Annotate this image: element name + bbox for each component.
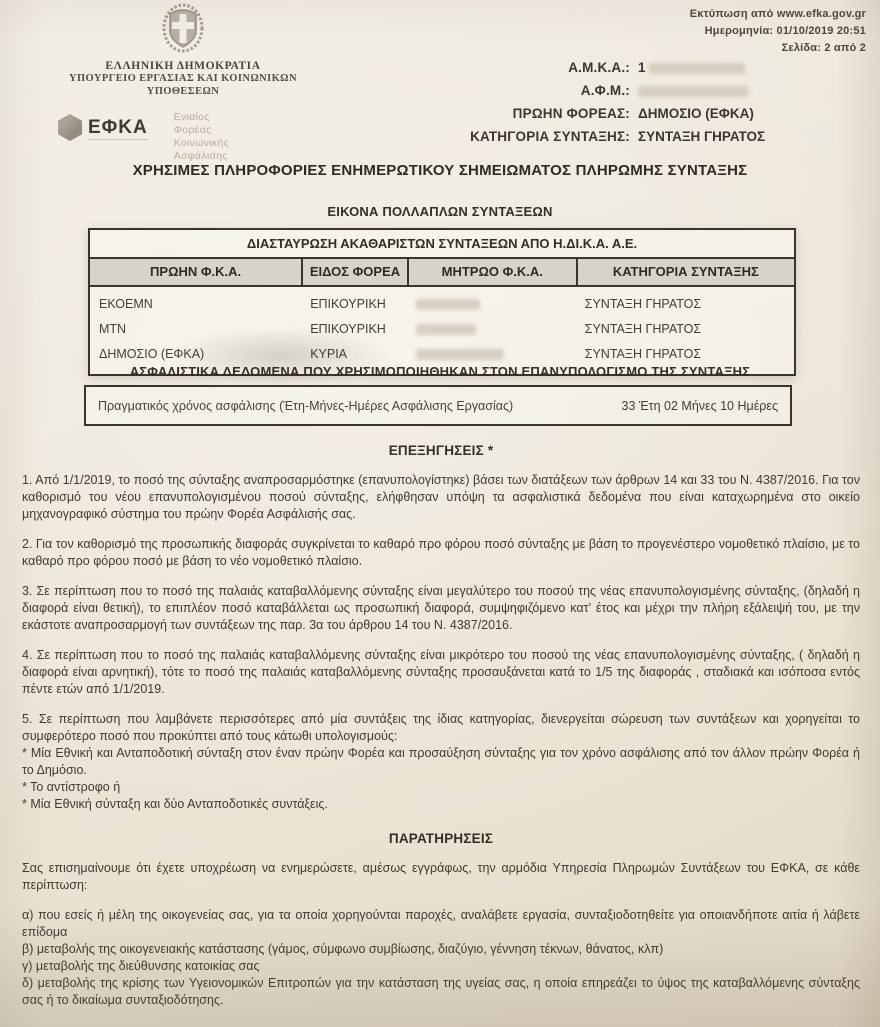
observation-item-c: γ) μεταβολής της διεύθυνσης κατοικίας σα… bbox=[22, 958, 860, 975]
insurance-time-label: Πραγματικός χρόνος ασφάλισης (Έτη-Μήνες-… bbox=[98, 399, 513, 413]
explanation-paragraph-2: 2. Για τον καθορισμό της προσωπικής διαφ… bbox=[22, 536, 860, 570]
government-header: ΕΛΛΗΝΙΚΗ ΔΗΜΟΚΡΑΤΙΑ ΥΠΟΥΡΓΕΙΟ ΕΡΓΑΣΙΑΣ Κ… bbox=[38, 2, 328, 163]
column-header: ΕΙΔΟΣ ΦΟΡΕΑ bbox=[301, 259, 407, 285]
column-header: ΜΗΤΡΩΟ Φ.Κ.Α. bbox=[407, 259, 576, 285]
table-title: ΔΙΑΣΤΑΥΡΩΣΗ ΑΚΑΘΑΡΙΣΤΩΝ ΣΥΝΤΑΞΕΩΝ ΑΠΟ Η.… bbox=[90, 230, 794, 259]
pension-cross-check-table: ΔΙΑΣΤΑΥΡΩΣΗ ΑΚΑΘΑΡΙΣΤΩΝ ΣΥΝΤΑΞΕΩΝ ΑΠΟ Η.… bbox=[88, 228, 796, 376]
efka-sub-line: Κοινωνικής bbox=[174, 137, 229, 150]
greek-coat-of-arms-icon bbox=[157, 2, 209, 54]
redacted-value bbox=[638, 86, 748, 97]
efka-logo-subtitle: Ενιαίος Φορέας Κοινωνικής Ασφάλισης bbox=[174, 111, 229, 163]
former-carrier-label: ΠΡΩΗΝ ΦΟΡΕΑΣ: bbox=[326, 106, 630, 121]
cell-registry bbox=[407, 297, 576, 311]
page-title: ΧΡΗΣΙΜΕΣ ΠΛΗΡΟΦΟΡΙΕΣ ΕΝΗΜΕΡΩΤΙΚΟΥ ΣΗΜΕΙΩ… bbox=[0, 162, 880, 179]
explanation-bullet-1: * Μία Εθνική και Ανταποδοτική σύνταξη στ… bbox=[22, 745, 860, 779]
efka-sub-line: Φορέας bbox=[174, 124, 229, 137]
cell-former-fka: ΕΚΟΕΜΝ bbox=[90, 297, 301, 311]
insurance-data-box: Πραγματικός χρόνος ασφάλισης (Έτη-Μήνες-… bbox=[84, 385, 792, 426]
pension-category-label: ΚΑΤΗΓΟΡΙΑ ΣΥΝΤΑΞΗΣ: bbox=[326, 129, 630, 144]
table-row: ΜΤΝ ΕΠΙΚΟΥΡΙΚΗ ΣΥΝΤΑΞΗ ΓΗΡΑΤΟΣ bbox=[90, 316, 794, 341]
print-source: Εκτύπωση από www.efka.gov.gr bbox=[690, 6, 866, 23]
redacted-value bbox=[416, 324, 476, 335]
cell-category: ΣΥΝΤΑΞΗ ΓΗΡΑΤΟΣ bbox=[576, 322, 794, 336]
observation-item-a: α) που εσείς ή μέλη της οικογενείας σας,… bbox=[22, 907, 860, 941]
cell-former-fka: ΔΗΜΟΣΙΟ (ΕΦΚΑ) bbox=[90, 347, 301, 361]
print-date: Ημερομηνία: 01/10/2019 20:51 bbox=[690, 23, 866, 40]
insurance-data-heading: ΑΣΦΑΛΙΣΤΙΚΑ ΔΕΔΟΜΕΝΑ ΠΟΥ ΧΡΗΣΙΜΟΠΟΙΗΘΗΚΑ… bbox=[0, 364, 880, 379]
observations-heading: ΠΑΡΑΤΗΡΗΣΕΙΣ bbox=[22, 830, 860, 847]
amka-row: Α.Μ.Κ.Α.: 1 bbox=[326, 56, 866, 79]
explanation-bullet-3: * Μία Εθνική σύνταξη και δύο Ανταποδοτικ… bbox=[22, 796, 860, 813]
explanation-bullet-2: * Το αντίστροφο ή bbox=[22, 779, 860, 796]
cell-former-fka: ΜΤΝ bbox=[90, 322, 301, 336]
recipient-info: Α.Μ.Κ.Α.: 1 Α.Φ.Μ.: ΠΡΩΗΝ ΦΟΡΕΑΣ: ΔΗΜΟΣΙ… bbox=[326, 56, 866, 148]
efka-logo-text: ΕΦΚΑ bbox=[88, 117, 148, 140]
document-page: Εκτύπωση από www.efka.gov.gr Ημερομηνία:… bbox=[0, 0, 880, 1027]
explanation-paragraph-1: 1. Από 1/1/2019, το ποσό της σύνταξης αν… bbox=[22, 472, 860, 523]
amka-label: Α.Μ.Κ.Α.: bbox=[326, 60, 630, 75]
efka-hexagon-icon bbox=[58, 114, 82, 141]
pension-category-row: ΚΑΤΗΓΟΡΙΑ ΣΥΝΤΑΞΗΣ: ΣΥΝΤΑΞΗ ΓΗΡΑΤΟΣ bbox=[326, 125, 866, 148]
cell-carrier-type: ΕΠΙΚΟΥΡΙΚΗ bbox=[301, 322, 407, 336]
pension-category-value: ΣΥΝΤΑΞΗ ΓΗΡΑΤΟΣ bbox=[638, 129, 866, 144]
ministry-line-1: ΥΠΟΥΡΓΕΙΟ ΕΡΓΑΣΙΑΣ ΚΑΙ ΚΟΙΝΩΝΙΚΩΝ bbox=[38, 72, 328, 85]
former-carrier-value: ΔΗΜΟΣΙΟ (ΕΦΚΑ) bbox=[638, 106, 866, 121]
cell-carrier-type: ΕΠΙΚΟΥΡΙΚΗ bbox=[301, 297, 407, 311]
cell-registry bbox=[407, 347, 576, 361]
afm-row: Α.Φ.Μ.: bbox=[326, 79, 866, 102]
insurance-time-value: 33 Έτη 02 Μήνες 10 Ημέρες bbox=[622, 399, 779, 413]
print-info: Εκτύπωση από www.efka.gov.gr Ημερομηνία:… bbox=[690, 6, 866, 57]
former-carrier-row: ΠΡΩΗΝ ΦΟΡΕΑΣ: ΔΗΜΟΣΙΟ (ΕΦΚΑ) bbox=[326, 102, 866, 125]
amka-value: 1 bbox=[638, 60, 866, 75]
explanation-paragraph-3: 3. Σε περίπτωση που το ποσό της παλαιάς … bbox=[22, 583, 860, 634]
observation-item-b: β) μεταβολής της οικογενειακής κατάσταση… bbox=[22, 941, 860, 958]
afm-value bbox=[638, 83, 866, 98]
redacted-value bbox=[649, 63, 745, 74]
afm-label: Α.Φ.Μ.: bbox=[326, 83, 630, 98]
redacted-value bbox=[416, 349, 504, 360]
efka-logo: ΕΦΚΑ Ενιαίος Φορέας Κοινωνικής Ασφάλισης bbox=[38, 111, 328, 163]
ministry-line-2: ΥΠΟΘΕΣΕΩΝ bbox=[38, 85, 328, 98]
table-row: ΕΚΟΕΜΝ ΕΠΙΚΟΥΡΙΚΗ ΣΥΝΤΑΞΗ ΓΗΡΑΤΟΣ bbox=[90, 291, 794, 316]
efka-sub-line: Ενιαίος bbox=[174, 111, 229, 124]
document-body-text: ΕΠΕΞΗΓΗΣΕΙΣ * 1. Από 1/1/2019, το ποσό τ… bbox=[22, 442, 860, 1009]
column-header: ΚΑΤΗΓΟΡΙΑ ΣΥΝΤΑΞΗΣ bbox=[576, 259, 794, 285]
cell-registry bbox=[407, 322, 576, 336]
cell-category: ΣΥΝΤΑΞΗ ΓΗΡΑΤΟΣ bbox=[576, 297, 794, 311]
page-number: Σελίδα: 2 από 2 bbox=[690, 40, 866, 57]
redacted-value bbox=[416, 299, 480, 310]
table-header-row: ΠΡΩΗΝ Φ.Κ.Α. ΕΙΔΟΣ ΦΟΡΕΑ ΜΗΤΡΩΟ Φ.Κ.Α. Κ… bbox=[90, 259, 794, 287]
explanation-paragraph-4: 4. Σε περίπτωση που το ποσό της παλαιάς … bbox=[22, 647, 860, 698]
table-row: ΔΗΜΟΣΙΟ (ΕΦΚΑ) ΚΥΡΙΑ ΣΥΝΤΑΞΗ ΓΗΡΑΤΟΣ bbox=[90, 341, 794, 366]
column-header: ΠΡΩΗΝ Φ.Κ.Α. bbox=[90, 259, 301, 285]
multi-pensions-heading: ΕΙΚΟΝΑ ΠΟΛΛΑΠΛΩΝ ΣΥΝΤΑΞΕΩΝ bbox=[0, 204, 880, 219]
observations-intro: Σας επισημαίνουμε ότι έχετε υποχρέωση να… bbox=[22, 860, 860, 894]
cell-category: ΣΥΝΤΑΞΗ ΓΗΡΑΤΟΣ bbox=[576, 347, 794, 361]
cell-carrier-type: ΚΥΡΙΑ bbox=[301, 347, 407, 361]
explanation-paragraph-5: 5. Σε περίπτωση που λαμβάνετε περισσότερ… bbox=[22, 711, 860, 745]
table-body: ΕΚΟΕΜΝ ΕΠΙΚΟΥΡΙΚΗ ΣΥΝΤΑΞΗ ΓΗΡΑΤΟΣ ΜΤΝ ΕΠ… bbox=[90, 287, 794, 374]
explanations-heading: ΕΠΕΞΗΓΗΣΕΙΣ * bbox=[22, 442, 860, 459]
hellenic-republic-title: ΕΛΛΗΝΙΚΗ ΔΗΜΟΚΡΑΤΙΑ bbox=[38, 60, 328, 72]
observation-item-d: δ) μεταβολής της κρίσης των Υγειονομικών… bbox=[22, 975, 860, 1009]
